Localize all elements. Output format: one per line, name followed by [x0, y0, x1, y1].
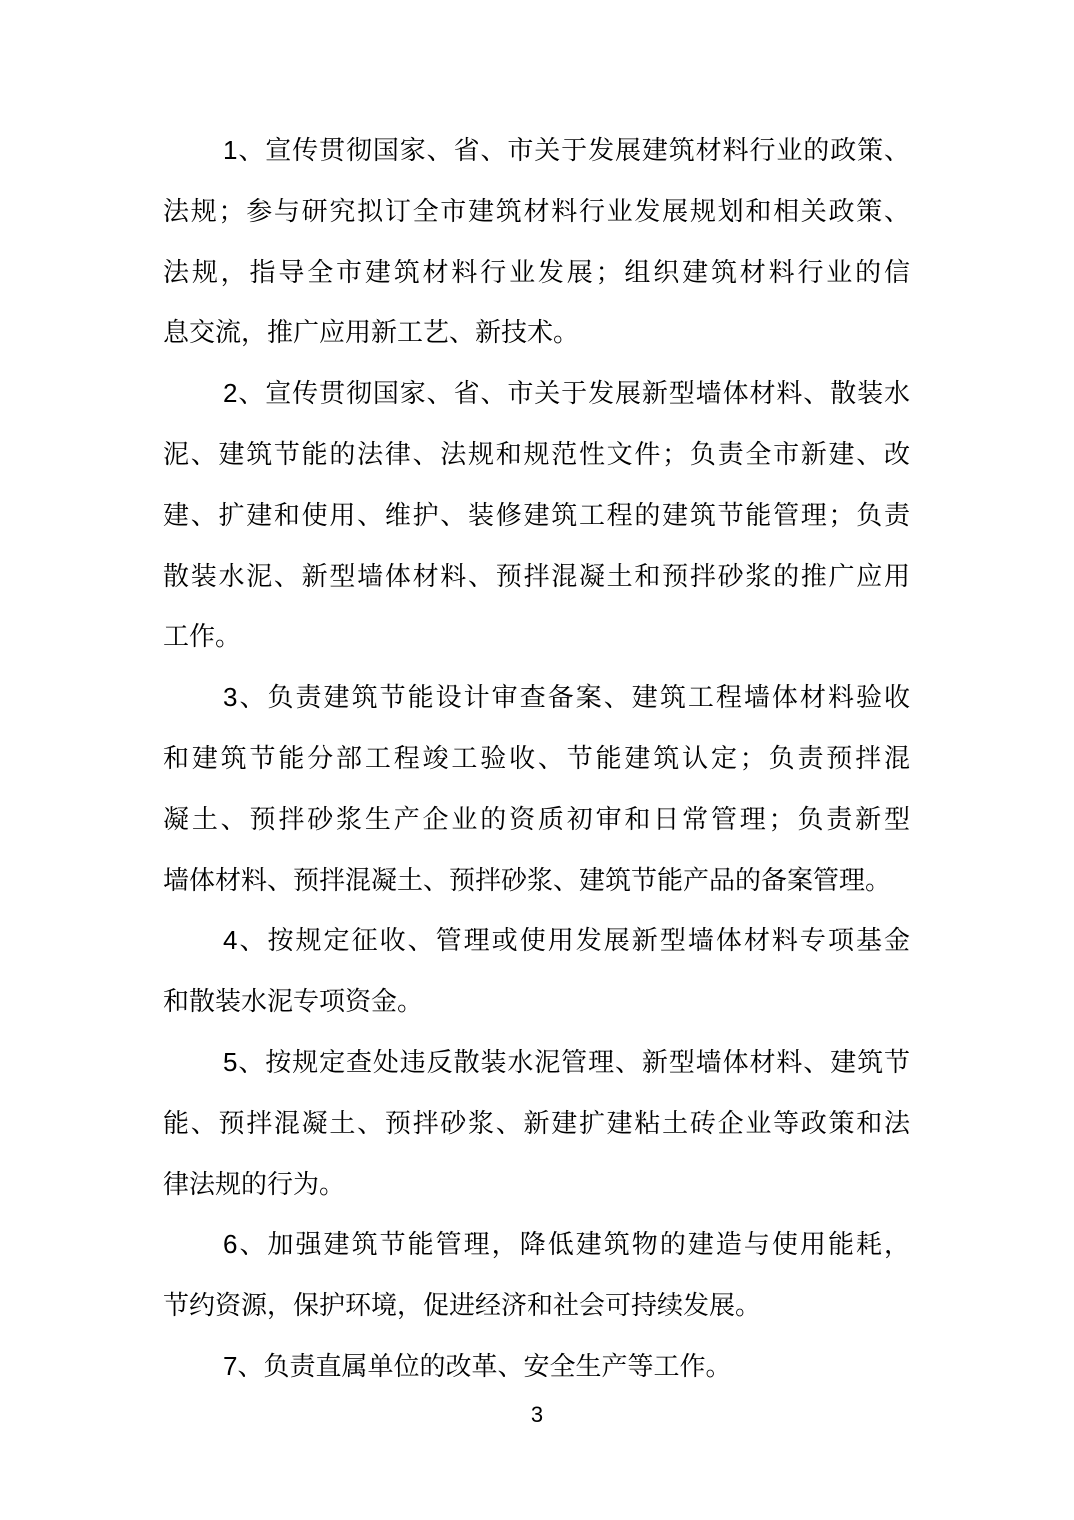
paragraph-1-line-3: 法规，指导全市建筑材料行业发展；组织建筑材料行业的信	[163, 242, 910, 303]
paragraph-6-line-2: 节约资源，保护环境，促进经济和社会可持续发展。	[163, 1275, 910, 1336]
paragraph-3-line-2: 和建筑节能分部工程竣工验收、节能建筑认定；负责预拌混	[163, 728, 910, 789]
paragraph-2-line-3: 建、扩建和使用、维护、装修建筑工程的建筑节能管理；负责	[163, 485, 910, 546]
paragraph-1-line-1: 1、宣传贯彻国家、省、市关于发展建筑材料行业的政策、	[163, 120, 910, 181]
document-body: 1、宣传贯彻国家、省、市关于发展建筑材料行业的政策、 法规；参与研究拟订全市建筑…	[163, 120, 910, 1397]
paragraph-7: 7、负责直属单位的改革、安全生产等工作。	[163, 1336, 910, 1397]
paragraph-4-line-2: 和散装水泥专项资金。	[163, 971, 910, 1032]
paragraph-4-line-1: 4、按规定征收、管理或使用发展新型墙体材料专项基金	[163, 910, 910, 971]
paragraph-2: 2、宣传贯彻国家、省、市关于发展新型墙体材料、散装水 泥、建筑节能的法律、法规和…	[163, 363, 910, 667]
paragraph-1-line-4: 息交流，推广应用新工艺、新技术。	[163, 302, 910, 363]
paragraph-5: 5、按规定查处违反散装水泥管理、新型墙体材料、建筑节 能、预拌混凝土、预拌砂浆、…	[163, 1032, 910, 1214]
paragraph-6: 6、加强建筑节能管理，降低建筑物的建造与使用能耗， 节约资源，保护环境，促进经济…	[163, 1214, 910, 1336]
paragraph-3-line-3: 凝土、预拌砂浆生产企业的资质初审和日常管理；负责新型	[163, 789, 910, 850]
paragraph-3-line-4: 墙体材料、预拌混凝土、预拌砂浆、建筑节能产品的备案管理。	[163, 850, 910, 911]
paragraph-2-line-5: 工作。	[163, 606, 910, 667]
paragraph-6-line-1: 6、加强建筑节能管理，降低建筑物的建造与使用能耗，	[163, 1214, 910, 1275]
paragraph-7-line-1: 7、负责直属单位的改革、安全生产等工作。	[163, 1336, 910, 1397]
paragraph-2-line-1: 2、宣传贯彻国家、省、市关于发展新型墙体材料、散装水	[163, 363, 910, 424]
page-number: 3	[0, 1400, 1074, 1430]
document-page: 1、宣传贯彻国家、省、市关于发展建筑材料行业的政策、 法规；参与研究拟订全市建筑…	[0, 0, 1074, 1520]
paragraph-5-line-2: 能、预拌混凝土、预拌砂浆、新建扩建粘土砖企业等政策和法	[163, 1093, 910, 1154]
paragraph-5-line-1: 5、按规定查处违反散装水泥管理、新型墙体材料、建筑节	[163, 1032, 910, 1093]
paragraph-3: 3、负责建筑节能设计审查备案、建筑工程墙体材料验收 和建筑节能分部工程竣工验收、…	[163, 667, 910, 910]
paragraph-2-line-2: 泥、建筑节能的法律、法规和规范性文件；负责全市新建、改	[163, 424, 910, 485]
paragraph-4: 4、按规定征收、管理或使用发展新型墙体材料专项基金 和散装水泥专项资金。	[163, 910, 910, 1032]
paragraph-5-line-3: 律法规的行为。	[163, 1154, 910, 1215]
paragraph-2-line-4: 散装水泥、新型墙体材料、预拌混凝土和预拌砂浆的推广应用	[163, 546, 910, 607]
paragraph-3-line-1: 3、负责建筑节能设计审查备案、建筑工程墙体材料验收	[163, 667, 910, 728]
paragraph-1-line-2: 法规；参与研究拟订全市建筑材料行业发展规划和相关政策、	[163, 181, 910, 242]
paragraph-1: 1、宣传贯彻国家、省、市关于发展建筑材料行业的政策、 法规；参与研究拟订全市建筑…	[163, 120, 910, 363]
